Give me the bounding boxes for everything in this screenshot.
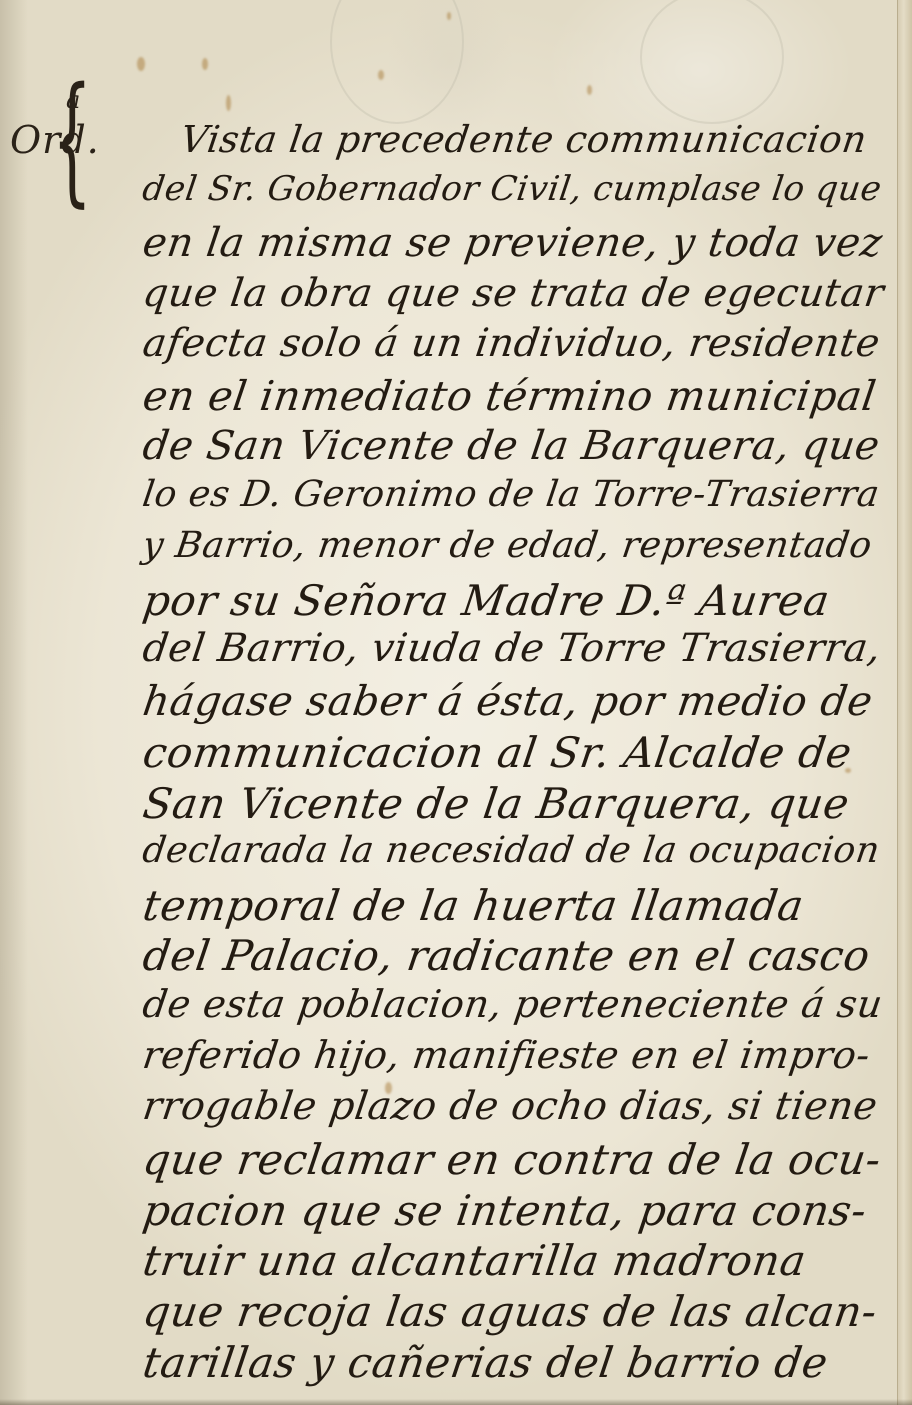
text-line: Vista la precedente communicacion <box>178 118 870 161</box>
embossed-seal <box>330 0 464 124</box>
text-line: del Sr. Gobernador Civil, cumplase lo qu… <box>140 169 884 209</box>
text-line: que la obra que se trata de egecutar <box>140 271 887 316</box>
text-line: truir una alcantarilla madrona <box>140 1236 809 1285</box>
ink-stain <box>226 95 231 111</box>
text-line: San Vicente de la Barquera, que <box>140 779 852 828</box>
text-line: del Barrio, viuda de Torre Trasierra, <box>140 626 884 671</box>
text-line: communicacion al Sr. Alcalde de <box>140 728 855 777</box>
text-line: afecta solo á un individuo, residente <box>140 321 883 366</box>
text-line: pacion que se intenta, para cons- <box>140 1186 870 1235</box>
text-line: referido hijo, manifieste en el impro- <box>140 1033 873 1077</box>
text-line: tarillas y cañerias del barrio de <box>140 1338 831 1387</box>
text-line: por su Señora Madre D.ª Aurea <box>140 576 833 625</box>
text-line: lo es D. Geronimo de la Torre-Trasierra <box>140 474 882 515</box>
text-line: que recoja las aguas de las alcan- <box>140 1287 880 1336</box>
ink-stain <box>447 12 451 20</box>
text-line: declarada la necesidad de la ocupacion <box>140 830 883 871</box>
text-line: en la misma se previene, y toda vez <box>140 220 885 266</box>
ink-stain <box>137 57 145 71</box>
ink-stain <box>202 58 208 70</box>
manuscript-page: a { Ord. Vista la precedente communicaci… <box>0 0 912 1405</box>
text-line: del Palacio, radicante en el casco <box>140 931 873 980</box>
embossed-seal-portrait <box>640 0 784 124</box>
ink-stain <box>378 70 384 80</box>
text-line: y Barrio, menor de edad, representado <box>140 525 875 566</box>
text-line: en el inmediato término municipal <box>140 372 879 420</box>
text-line: de San Vicente de la Barquera, que <box>140 423 883 469</box>
text-line: de esta poblacion, perteneciente á su <box>140 982 885 1026</box>
page-bottom-edge <box>0 1399 912 1405</box>
binding-shadow <box>0 0 28 1405</box>
text-line: rrogable plazo de ocho dias, si tiene <box>140 1084 880 1129</box>
margin-note: Ord. <box>10 118 100 162</box>
text-line: que reclamar en contra de la ocu- <box>140 1135 884 1184</box>
text-line: hágase saber á ésta, por medio de <box>140 677 876 725</box>
adjacent-page-edge <box>897 0 912 1405</box>
text-line: temporal de la huerta llamada <box>140 881 807 930</box>
ink-stain <box>587 85 592 95</box>
